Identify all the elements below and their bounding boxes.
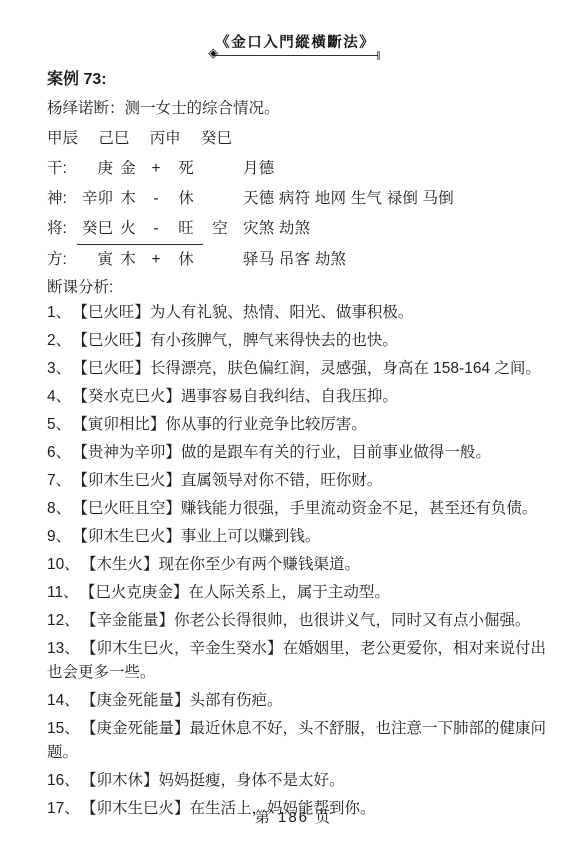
item-text: 【巳火旺】长得漂亮，肤色偏红润，灵感强，身高在 158-164 之间。 xyxy=(80,360,541,377)
item-text: 【贵神为辛卯】做的是跟车有关的行业，目前事业做得一般。 xyxy=(80,444,491,461)
course-table: 干: 庚 金 + 死 月德 神: 辛卯 木 - 休 天 xyxy=(47,154,551,275)
case-title: 案例 73: xyxy=(47,66,551,94)
row-label: 神: xyxy=(47,184,77,214)
analysis-item-6: 6、【贵神为辛卯】做的是跟车有关的行业，目前事业做得一般。 xyxy=(47,441,551,465)
diamond-icon: ◈ xyxy=(208,47,218,60)
course-row-jiang: 将: 癸巳 火 - 旺 空 灾煞 劫煞 xyxy=(47,214,551,245)
item-number: 5、 xyxy=(47,416,71,433)
row-element: 木 xyxy=(113,245,143,275)
page-content: 案例 73: 杨绎诺断：测一女士的综合情况。 甲辰 己巳 丙申 癸巳 干: 庚 … xyxy=(47,66,551,825)
analysis-item-16: 16、【卯木休】妈妈挺瘦，身体不是太好。 xyxy=(47,769,551,793)
row-sign: - xyxy=(143,184,169,214)
row-shensha: 驿马 吊客 劫煞 xyxy=(243,245,346,275)
item-number: 9、 xyxy=(47,528,71,545)
analysis-item-8: 8、【巳火旺且空】赚钱能力很强，手里流动资金不足，甚至还有负债。 xyxy=(47,497,551,521)
four-pillars-line: 甲辰 己巳 丙申 癸巳 xyxy=(47,124,551,154)
analysis-list: 1、【巳火旺】为人有礼貌、热情、阳光、做事积极。 2、【巳火旺】有小孩脾气，脾气… xyxy=(47,301,551,821)
item-text: 【巳火旺】有小孩脾气，脾气来得快去的也快。 xyxy=(80,332,398,349)
row-shensha: 灾煞 劫煞 xyxy=(243,214,310,244)
item-number: 10、 xyxy=(47,556,80,573)
row-pillar: 辛卯 xyxy=(77,184,113,214)
intro-line: 杨绎诺断：测一女士的综合情况。 xyxy=(47,94,551,124)
row-kong: 空 xyxy=(203,214,237,244)
row-pillar: 寅 xyxy=(77,245,113,275)
analysis-item-4: 4、【癸水克巳火】遇事容易自我纠结、自我压抑。 xyxy=(47,385,551,409)
item-text: 【卯木休】妈妈挺瘦，身体不是太好。 xyxy=(89,772,345,789)
analysis-item-10: 10、【木生火】现在你至少有两个赚钱渠道。 xyxy=(47,553,551,577)
row-shensha: 天德 病符 地网 生气 禄倒 马倒 xyxy=(243,184,454,214)
item-number: 3、 xyxy=(47,360,71,377)
book-title-header: ◈ 《金口入門縱橫斷法》 ‖ xyxy=(0,34,587,56)
header-end-mark-icon: ‖ xyxy=(376,52,381,61)
analysis-item-7: 7、【卯木生巳火】直属领导对你不错，旺你财。 xyxy=(47,469,551,493)
item-text: 【癸水克巳火】遇事容易自我纠结、自我压抑。 xyxy=(80,388,398,405)
analysis-item-13: 13、【卯木生巳火，辛金生癸水】在婚姻里，老公更爱你，相对来说付出也会更多一些。 xyxy=(47,637,551,685)
pillar-hour: 癸巳 xyxy=(201,130,232,147)
analysis-item-14: 14、【庚金死能量】头部有伤疤。 xyxy=(47,689,551,713)
item-text: 【木生火】现在你至少有两个赚钱渠道。 xyxy=(89,556,360,573)
analysis-item-5: 5、【寅卯相比】你从事的行业竞争比较厉害。 xyxy=(47,413,551,437)
row-shensha: 月德 xyxy=(243,154,274,184)
item-text: 【寅卯相比】你从事的行业竞争比较厉害。 xyxy=(80,416,367,433)
item-text: 【巳火克庚金】在人际关系上，属于主动型。 xyxy=(88,584,390,601)
row-state: 旺 xyxy=(169,214,203,244)
item-number: 4、 xyxy=(47,388,71,405)
row-element: 金 xyxy=(113,154,143,184)
item-number: 12、 xyxy=(47,612,80,629)
row-element: 火 xyxy=(113,214,143,244)
row-pillar: 庚 xyxy=(77,154,113,184)
row-state: 死 xyxy=(169,154,203,184)
row-core-underlined: 癸巳 火 - 旺 xyxy=(77,214,203,245)
item-text: 【卯木生巳火】直属领导对你不错，旺你财。 xyxy=(80,472,382,489)
item-number: 2、 xyxy=(47,332,71,349)
row-label: 方: xyxy=(47,245,77,275)
pillar-month: 己巳 xyxy=(98,130,129,147)
course-row-fang: 方: 寅 木 + 休 驿马 吊客 劫煞 xyxy=(47,245,551,275)
item-text: 【巳火旺】为人有礼貌、热情、阳光、做事积极。 xyxy=(80,304,413,321)
row-sign: + xyxy=(143,245,169,275)
book-title: 《金口入門縱橫斷法》 xyxy=(214,34,378,56)
row-state: 休 xyxy=(169,184,203,214)
row-element: 木 xyxy=(113,184,143,214)
analysis-item-12: 12、【辛金能量】你老公长得很帅，也很讲义气，同时又有点小倔强。 xyxy=(47,609,551,633)
item-number: 15、 xyxy=(47,720,80,737)
document-page: ◈ 《金口入門縱橫斷法》 ‖ 案例 73: 杨绎诺断：测一女士的综合情况。 甲辰… xyxy=(0,0,587,857)
analysis-item-1: 1、【巳火旺】为人有礼貌、热情、阳光、做事积极。 xyxy=(47,301,551,325)
analysis-item-15: 15、【庚金死能量】最近休息不好，头不舒服，也注意一下肺部的健康问题。 xyxy=(47,717,551,765)
analysis-item-2: 2、【巳火旺】有小孩脾气，脾气来得快去的也快。 xyxy=(47,329,551,353)
item-text: 【辛金能量】你老公长得很帅，也很讲义气，同时又有点小倔强。 xyxy=(89,612,531,629)
item-number: 1、 xyxy=(47,304,71,321)
course-row-gan: 干: 庚 金 + 死 月德 xyxy=(47,154,551,184)
item-number: 6、 xyxy=(47,444,71,461)
analysis-item-11: 11、【巳火克庚金】在人际关系上，属于主动型。 xyxy=(47,581,551,605)
item-text: 【庚金死能量】最近休息不好，头不舒服，也注意一下肺部的健康问题。 xyxy=(47,720,546,761)
row-label: 将: xyxy=(47,214,77,244)
item-number: 13、 xyxy=(47,640,80,657)
row-label: 干: xyxy=(47,154,77,184)
row-state: 休 xyxy=(169,245,203,275)
item-number: 7、 xyxy=(47,472,71,489)
analysis-item-9: 9、【卯木生巳火】事业上可以赚到钱。 xyxy=(47,525,551,549)
item-number: 16、 xyxy=(47,772,80,789)
row-pillar: 癸巳 xyxy=(77,214,113,244)
item-number: 8、 xyxy=(47,500,71,517)
item-text: 【卯木生巳火，辛金生癸水】在婚姻里，老公更爱你，相对来说付出也会更多一些。 xyxy=(47,640,546,681)
item-text: 【卯木生巳火】事业上可以赚到钱。 xyxy=(80,528,320,545)
pillar-year: 甲辰 xyxy=(47,130,78,147)
row-core: 庚 金 + 死 xyxy=(77,154,203,184)
item-text: 【巳火旺且空】赚钱能力很强，手里流动资金不足，甚至还有负债。 xyxy=(80,500,537,517)
page-number: 第 186 页 xyxy=(0,806,587,827)
analysis-item-3: 3、【巳火旺】长得漂亮，肤色偏红润，灵感强，身高在 158-164 之间。 xyxy=(47,357,551,381)
analysis-heading: 断课分析: xyxy=(47,275,551,301)
row-core: 辛卯 木 - 休 xyxy=(77,184,203,214)
row-sign: - xyxy=(143,214,169,244)
item-number: 11、 xyxy=(47,584,79,601)
row-sign: + xyxy=(143,154,169,184)
item-number: 14、 xyxy=(47,692,80,709)
pillar-day: 丙申 xyxy=(150,130,181,147)
course-row-shen: 神: 辛卯 木 - 休 天德 病符 地网 生气 禄倒 马倒 xyxy=(47,184,551,214)
item-text: 【庚金死能量】头部有伤疤。 xyxy=(89,692,283,709)
row-core: 寅 木 + 休 xyxy=(77,245,203,275)
